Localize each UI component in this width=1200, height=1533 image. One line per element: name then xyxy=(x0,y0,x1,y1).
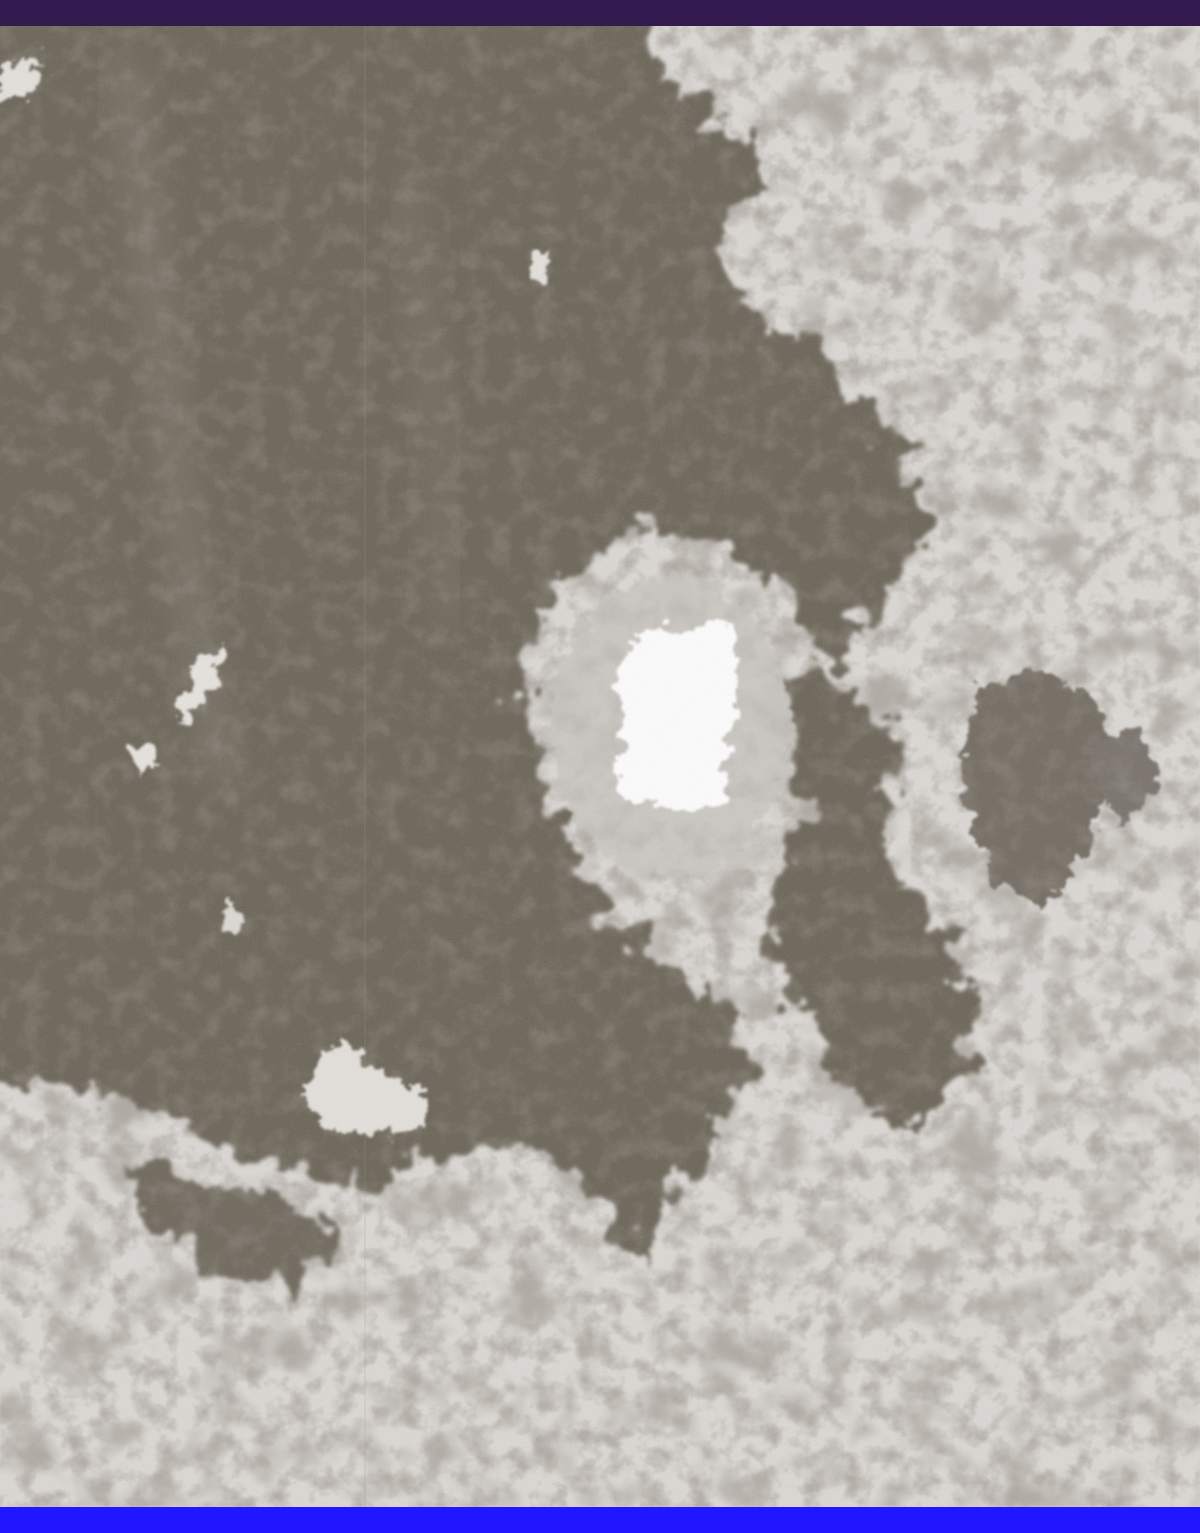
photo-canvas xyxy=(0,26,1200,1507)
top-frame-bar xyxy=(0,0,1200,26)
photograph: Grainy monochrome halftone-style photogr… xyxy=(0,26,1200,1507)
bottom-frame-bar xyxy=(0,1507,1200,1533)
